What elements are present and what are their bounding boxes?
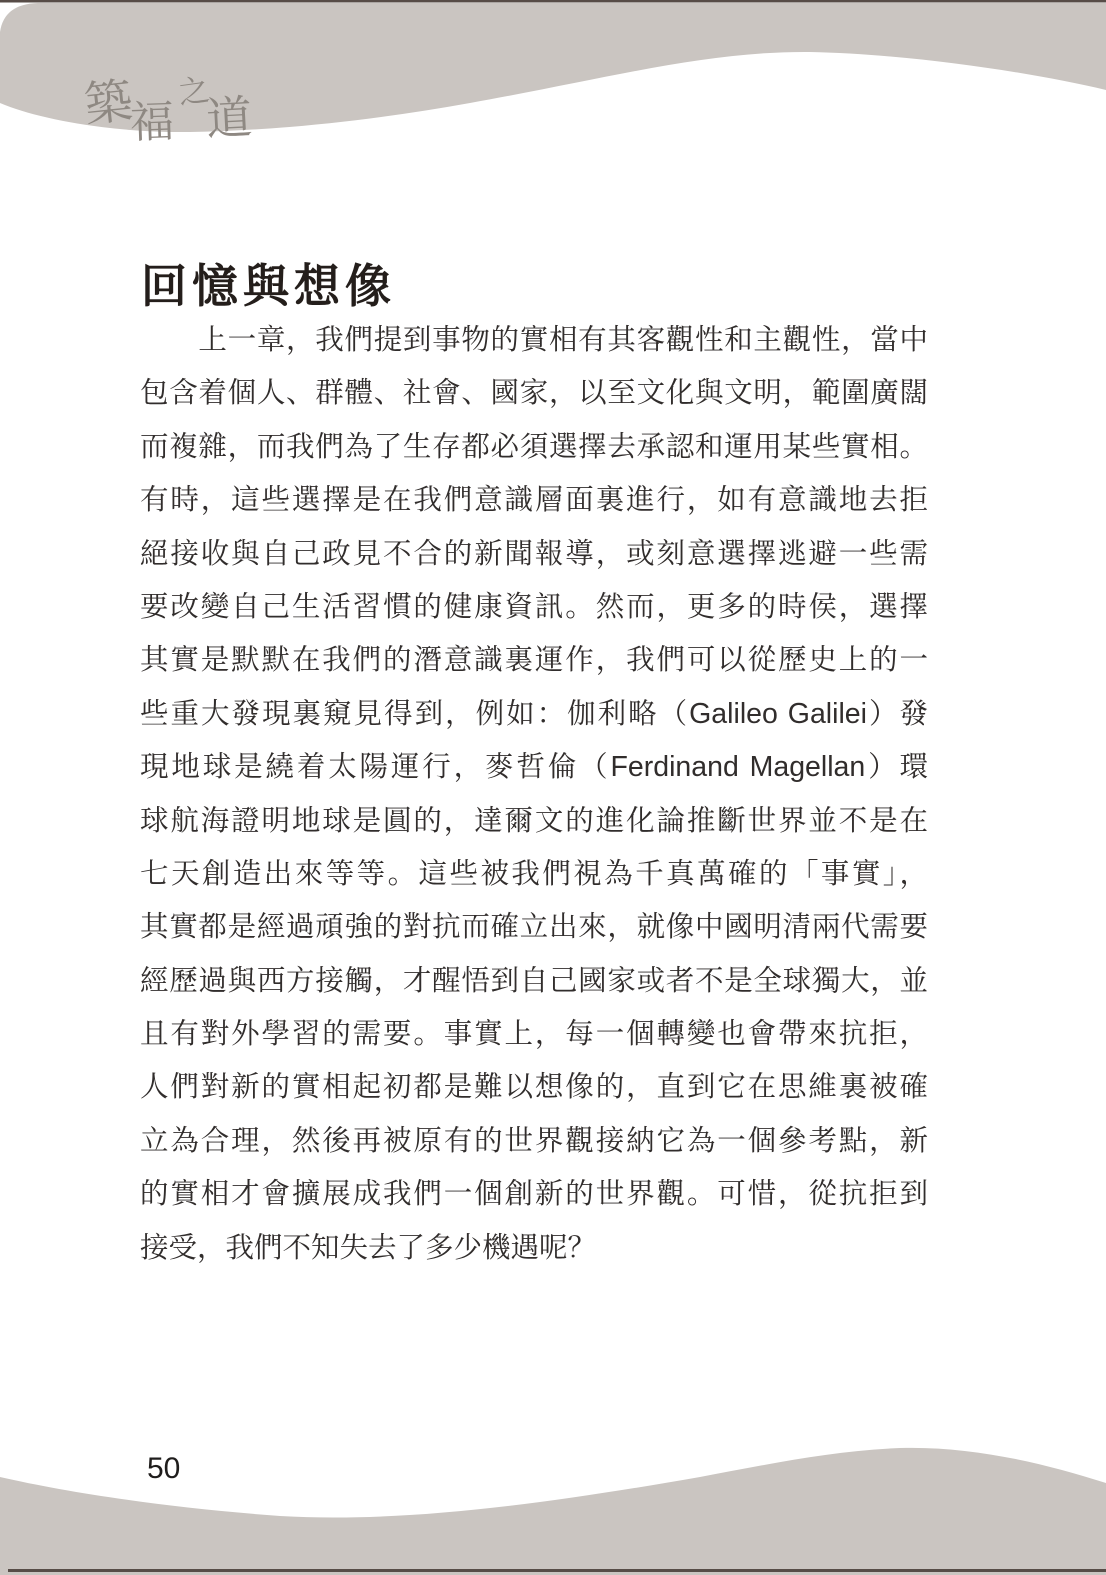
logo-char: 福 [129, 85, 175, 150]
body-line: 七天創造出來等等。這些被我們視為千真萬確的「事實」， [140, 848, 928, 901]
book-page: 築 福 之 道 回憶與想像 上一章，我們提到事物的實相有其客觀性和主觀性，當中 … [0, 0, 1106, 1575]
body-line: 有時，這些選擇是在我們意識層面裏進行，如有意識地去拒 [140, 474, 928, 527]
body-line: 的實相才會擴展成我們一個創新的世界觀。可惜，從抗拒到 [140, 1168, 928, 1221]
body-line: 包含着個人、群體、社會、國家，以至文化與文明，範圍廣闊 [140, 367, 928, 420]
body-line: 人們對新的實相起初都是難以想像的，直到它在思維裏被確 [140, 1061, 928, 1114]
body-line: 接受，我們不知失去了多少機遇呢？ [140, 1222, 928, 1275]
body-line: 些重大發現裏窺見得到，例如：伽利略（Galileo Galilei）發 [140, 688, 928, 741]
body-line: 而複雜，而我們為了生存都必須選擇去承認和運用某些實相。 [140, 421, 928, 474]
logo-char: 道 [204, 81, 253, 149]
chapter-section-title: 回憶與想像 [141, 250, 396, 316]
body-line: 經歷過與西方接觸，才醒悟到自己國家或者不是全球獨大，並 [140, 955, 928, 1008]
bottom-edge-line [8, 1569, 1106, 1572]
body-line: 要改變自己生活習慣的健康資訊。然而，更多的時侯，選擇 [140, 581, 928, 634]
top-edge-line [0, 0, 1106, 3]
body-line: 且有對外學習的需要。事實上，每一個轉變也會帶來抗拒， [140, 1008, 928, 1061]
body-line: 立為合理，然後再被原有的世界觀接納它為一個參考點，新 [140, 1115, 928, 1168]
body-line: 其實都是經過頑強的對抗而確立出來，就像中國明清兩代需要 [140, 901, 928, 954]
logo-char: 築 [81, 62, 136, 136]
body-line: 現地球是繞着太陽運行，麥哲倫（Ferdinand Magellan）環 [140, 741, 928, 794]
body-line: 上一章，我們提到事物的實相有其客觀性和主觀性，當中 [140, 314, 928, 367]
body-line: 絕接收與自己政見不合的新聞報導，或刻意選擇逃避一些需 [140, 528, 928, 581]
body-paragraph: 上一章，我們提到事物的實相有其客觀性和主觀性，當中 包含着個人、群體、社會、國家… [140, 314, 928, 1275]
body-line: 其實是默默在我們的潛意識裏運作，我們可以從歷史上的一 [140, 634, 928, 687]
book-series-logo: 築 福 之 道 [84, 58, 254, 148]
body-line: 球航海證明地球是圓的，達爾文的進化論推斷世界並不是在 [140, 795, 928, 848]
page-number: 50 [147, 1452, 180, 1486]
